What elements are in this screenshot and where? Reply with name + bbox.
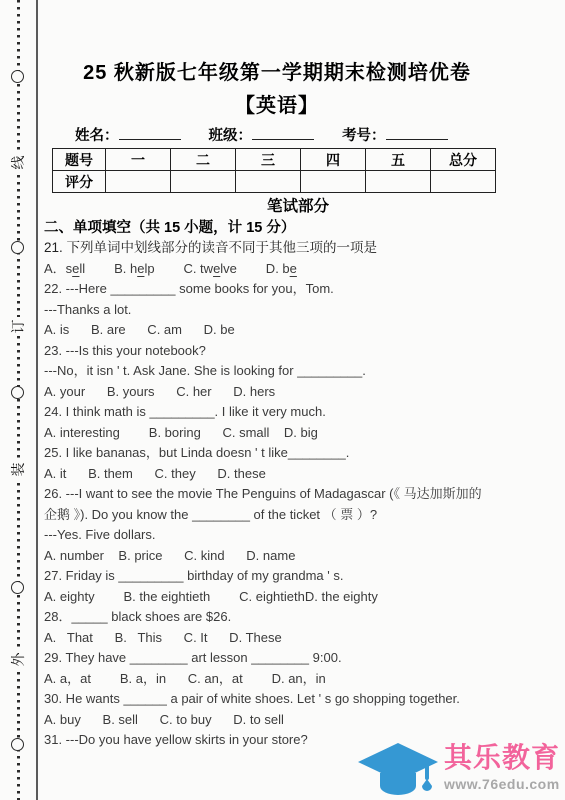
- exam-line: 29. They have ________ art lesson ______…: [44, 648, 552, 669]
- exam-line: ---No，it isn ' t. Ask Jane. She is looki…: [44, 361, 552, 382]
- score-table-empty-cell: [236, 171, 301, 193]
- line-segment: lp C. tw: [144, 261, 213, 276]
- exam-title: 25 秋新版七年级第一学期期末检测培优卷: [42, 56, 512, 85]
- score-table-column: 五: [366, 149, 431, 171]
- score-table-header-row: 题号 一二三四五总分: [53, 149, 496, 171]
- line-segment: ll B. h: [79, 261, 137, 276]
- underlined-letter: e: [290, 261, 297, 276]
- graduation-cap-icon: [356, 740, 440, 800]
- score-table-column: 二: [171, 149, 236, 171]
- exam-line: A. That B. This C. It D. These: [44, 628, 552, 649]
- exam-line: A. your B. yours C. her D. hers: [44, 382, 552, 403]
- score-table-column: 三: [236, 149, 301, 171]
- binding-circle: [11, 386, 24, 399]
- exam-line: 24. I think math is _________. I like it…: [44, 402, 552, 423]
- score-table-empty-cell: [431, 171, 496, 193]
- exam-number-label: 考号：: [342, 128, 386, 144]
- binding-circle: [11, 70, 24, 83]
- exam-line: A. eighty B. the eightieth C. eightiethD…: [44, 587, 552, 608]
- binding-char: 外: [9, 650, 28, 669]
- score-table-empty-cell: [366, 171, 431, 193]
- line-segment: lve D. b: [220, 261, 289, 276]
- exam-line: 27. Friday is _________ birthday of my g…: [44, 566, 552, 587]
- name-blank: [119, 126, 181, 140]
- exam-line: 30. He wants ______ a pair of white shoe…: [44, 689, 552, 710]
- line-segment: A．s: [44, 261, 72, 276]
- exam-subject: 【英语】: [42, 89, 512, 118]
- name-label: 姓名：: [75, 128, 119, 144]
- binding-char: 订: [9, 317, 28, 336]
- exam-number-blank: [386, 126, 448, 140]
- exam-line: ---Thanks a lot.: [44, 300, 552, 321]
- score-table: 题号 一二三四五总分 评分: [52, 148, 496, 193]
- score-table-score-row: 评分: [53, 171, 496, 193]
- exam-line: 21. 下列单词中划线部分的读音不同于其他三项的一项是: [44, 238, 552, 259]
- exam-number-field: 考号：: [342, 124, 448, 145]
- exam-line: 28．_____ black shoes are $26.: [44, 607, 552, 628]
- score-table-score-header: 评分: [53, 171, 106, 193]
- exam-line: 二、单项填空（共 15 小题，计 15 分）: [44, 218, 552, 239]
- binding-char: 线: [9, 153, 28, 172]
- logo-name: 其乐教育: [444, 740, 560, 776]
- score-table-column: 总分: [431, 149, 496, 171]
- score-table-column: 一: [106, 149, 171, 171]
- exam-line: A. it B. them C. they D. these: [44, 464, 552, 485]
- site-logo: 其乐教育 www.76edu.com: [356, 740, 560, 800]
- exam-line: 25. I like bananas，but Linda doesn ' t l…: [44, 443, 552, 464]
- exam-line: 26. ---I want to see the movie The Pengu…: [44, 484, 552, 505]
- binding-circle: [11, 738, 24, 751]
- binding-dotted-line: [17, 0, 20, 800]
- exam-line: A. number B. price C. kind D. name: [44, 546, 552, 567]
- score-table-empty-cell: [106, 171, 171, 193]
- score-table-empty-cell: [301, 171, 366, 193]
- exam-line: 23. ---Is this your notebook?: [44, 341, 552, 362]
- student-info-row: 姓名： 班级： 考号：: [75, 124, 472, 144]
- exam-line: 企鹅 》). Do you know the ________ of the t…: [44, 505, 552, 526]
- score-table-empty-cell: [171, 171, 236, 193]
- exam-line: A. buy B. sell C. to buy D. to sell: [44, 710, 552, 731]
- exam-line: ---Yes. Five dollars.: [44, 525, 552, 546]
- exam-line: 22. ---Here _________ some books for you…: [44, 279, 552, 300]
- exam-line: 笔试部分: [44, 197, 552, 218]
- exam-line: A．sell B. help C. twelve D. be: [44, 259, 552, 280]
- class-blank: [252, 126, 314, 140]
- score-table-row-header: 题号: [53, 149, 106, 171]
- class-label: 班级：: [209, 128, 253, 144]
- exam-line: A. a，at B. a，in C. an，at D. an，in: [44, 669, 552, 690]
- binding-char: 装: [9, 460, 28, 479]
- page-margin-line: [36, 0, 38, 800]
- exam-line: A. is B. are C. am D. be: [44, 320, 552, 341]
- logo-url: www.76edu.com: [444, 776, 560, 792]
- question-body: 笔试部分二、单项填空（共 15 小题，计 15 分）21. 下列单词中划线部分的…: [44, 197, 552, 751]
- logo-text-block: 其乐教育 www.76edu.com: [444, 740, 560, 792]
- class-field: 班级：: [209, 124, 315, 145]
- binding-circle: [11, 241, 24, 254]
- exam-line: A. interesting B. boring C. small D. big: [44, 423, 552, 444]
- binding-circle: [11, 581, 24, 594]
- name-field: 姓名：: [75, 124, 181, 145]
- score-table-column: 四: [301, 149, 366, 171]
